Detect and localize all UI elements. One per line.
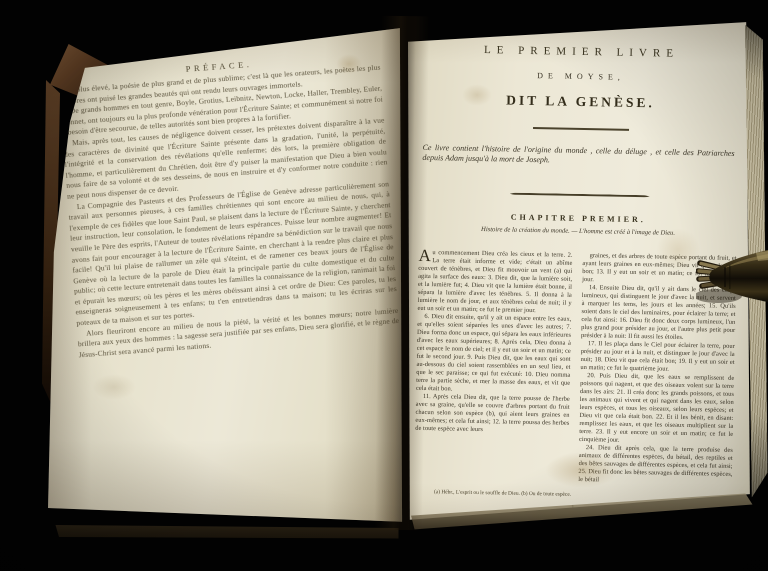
title-rule bbox=[533, 127, 629, 130]
left-column: Au commencement Dieu créa les cieux et l… bbox=[414, 249, 572, 486]
left-page: iv PRÉFACE. et de plus élevé, la poésie … bbox=[40, 22, 405, 532]
bottom-page-edges-left bbox=[52, 516, 402, 546]
verse-paragraph: 24. Dieu dit après cela, que la terre pr… bbox=[578, 444, 733, 487]
verse-paragraph: 20. Puis Dieu dit, que les eaux se rempl… bbox=[579, 372, 734, 447]
two-column-text: Au commencement Dieu créa les cieux et l… bbox=[414, 249, 736, 489]
verse-paragraph: 6. Dieu dit ensuite, qu'il y ait un espa… bbox=[416, 313, 572, 396]
preface-paragraph: La Compagnie des Pasteurs et des Profess… bbox=[68, 179, 398, 329]
section-rule bbox=[510, 193, 650, 198]
verse-paragraph: 11. Après cela Dieu dit, que la terre po… bbox=[415, 393, 570, 436]
book-summary: Ce livre contient l'histoire de l'origin… bbox=[422, 143, 734, 169]
left-page-text-block: iv PRÉFACE. et de plus élevé, la poésie … bbox=[58, 45, 401, 361]
chapter-subtitle: Histoire de la création du monde. — L'ho… bbox=[445, 225, 711, 238]
verse-paragraph: 17. Il les plaça dans le Ciel pour éclai… bbox=[580, 340, 735, 375]
book-title-line3: DIT LA GENÈSE. bbox=[421, 91, 739, 113]
book-title-line1: LE PREMIER LIVRE bbox=[422, 43, 740, 61]
verse-paragraph: Au commencement Dieu créa les cieux et l… bbox=[417, 249, 572, 316]
open-antique-book-photo: iv PRÉFACE. et de plus élevé, la poésie … bbox=[0, 0, 768, 571]
metal-hand-icon bbox=[696, 240, 768, 320]
book-title-line2: DE MOYSE, bbox=[422, 69, 740, 84]
chapter-heading: CHAPITRE PREMIER. bbox=[419, 211, 737, 226]
preface-heading: PRÉFACE. bbox=[185, 59, 252, 74]
